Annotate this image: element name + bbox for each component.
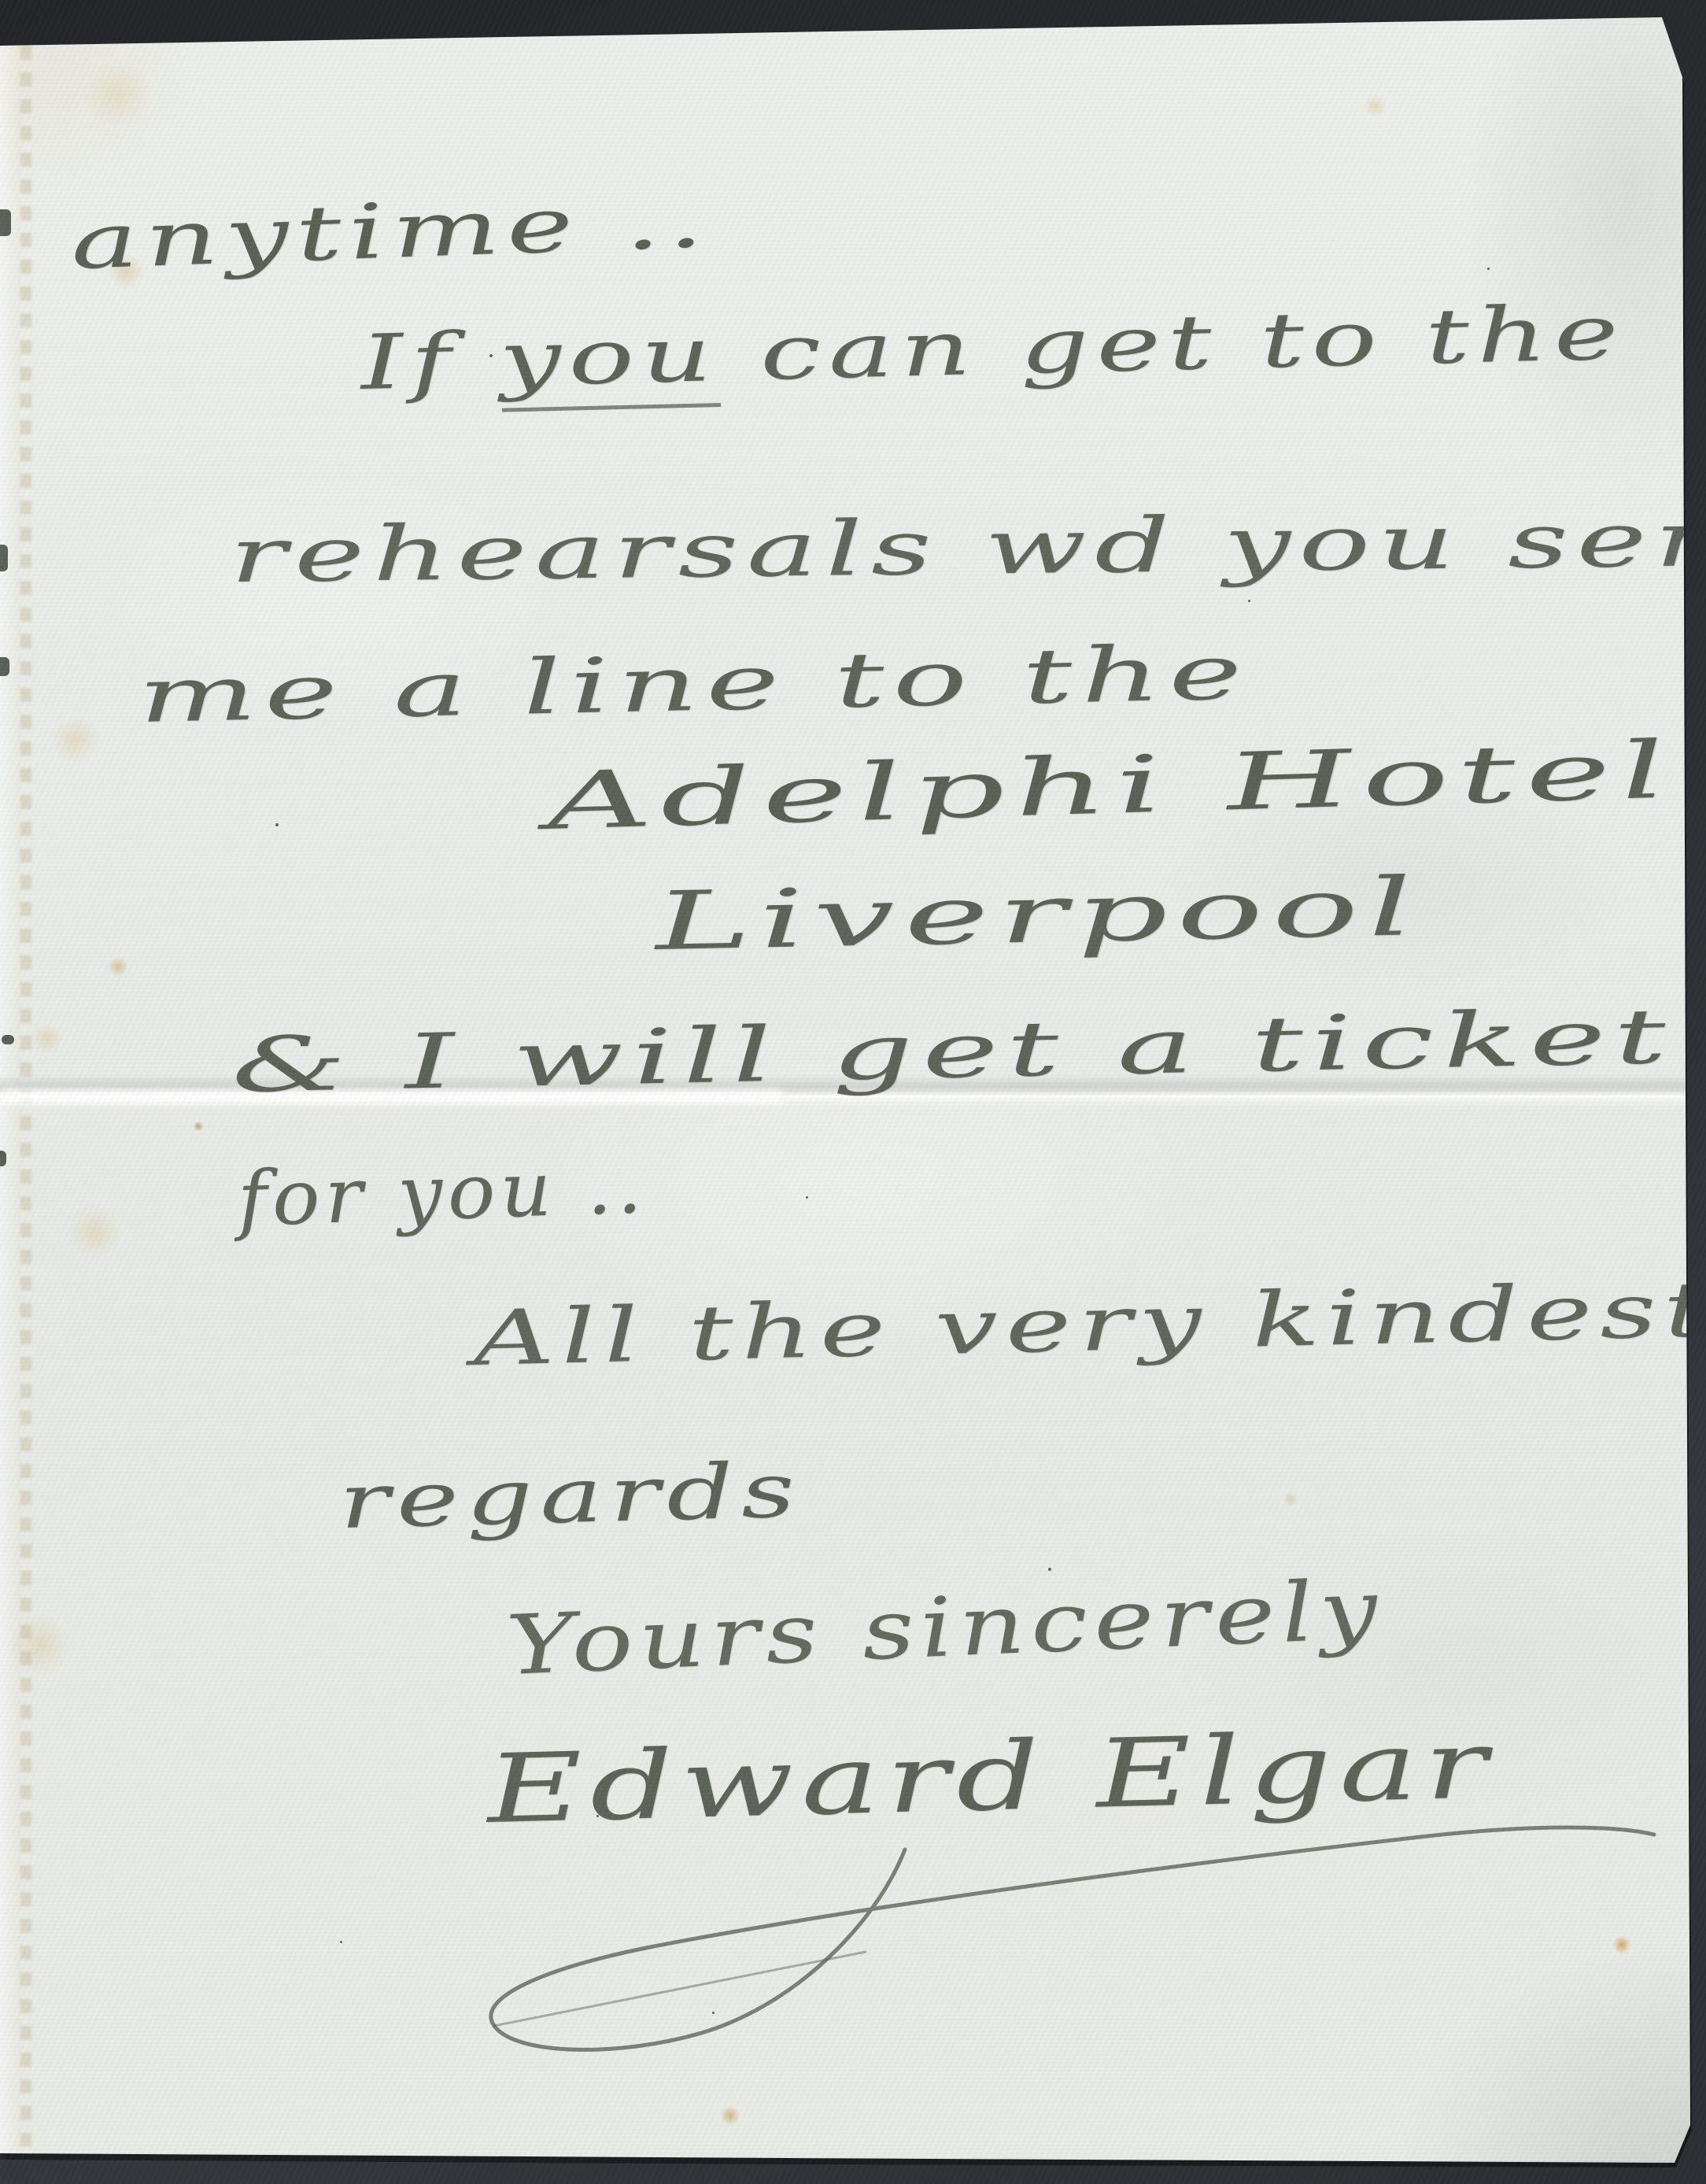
paper-speck [712,2012,715,2014]
stray-ink-mark [0,545,8,571]
foxing-spot [1283,1491,1298,1507]
letter-line-kindest: All the very kindest [471,1266,1706,1383]
foxing-spot [83,59,153,130]
paper-speck [806,1196,808,1199]
letter-line-liverpool: Liverpool [652,860,1424,969]
vertical-fold-crease [20,46,31,2157]
paper-speck [340,1941,342,1943]
paper-speck [1487,268,1490,270]
foxing-spot [67,1204,122,1259]
foxing-spot [8,1613,71,1676]
foxing-spot [1612,1935,1631,1954]
foxing-spot [31,1023,63,1055]
paper-speck [275,823,279,826]
foxing-spot [108,956,128,977]
stray-ink-mark [0,209,11,236]
letter-line-if-you-can: If you can get to the [358,288,1627,407]
foxing-spot [52,716,99,763]
scanned-letter-photo: anytime .. If you can get to the rehears… [0,0,1706,2184]
letter-line-if-post: can get to the [716,288,1627,398]
letter-line-me-a-line: me a line to the [135,628,1252,740]
letter-valediction: Yours sincerely [504,1561,1387,1694]
letter-paper: anytime .. If you can get to the rehears… [0,0,1706,2184]
letter-line-if-pre: If [358,316,501,407]
foxing-spot [720,2105,740,2126]
foxing-spot [1364,94,1387,118]
stray-ink-mark [2,1035,14,1044]
stray-ink-mark [0,657,9,676]
letter-word-you-underlined: you [497,310,721,412]
letter-line-ticket: & I will get a ticket [228,992,1677,1110]
foxing-spot [193,1121,204,1132]
letter-signature: Edward Elgar [484,1710,1497,1845]
letter-line-regards: regards [337,1446,803,1546]
letter-line-rehearsals: rehearsals wd you send [228,494,1706,600]
paper-speck [1048,1568,1051,1571]
letter-line-anytime: anytime .. [67,176,713,286]
left-margin-strip [0,46,20,2157]
letter-line-for-you: for you .. [236,1142,648,1244]
paper-speck [1248,600,1250,602]
letter-line-adelphi-hotel: Adelphi Hotel [541,723,1679,847]
stray-ink-mark [0,1151,6,1166]
